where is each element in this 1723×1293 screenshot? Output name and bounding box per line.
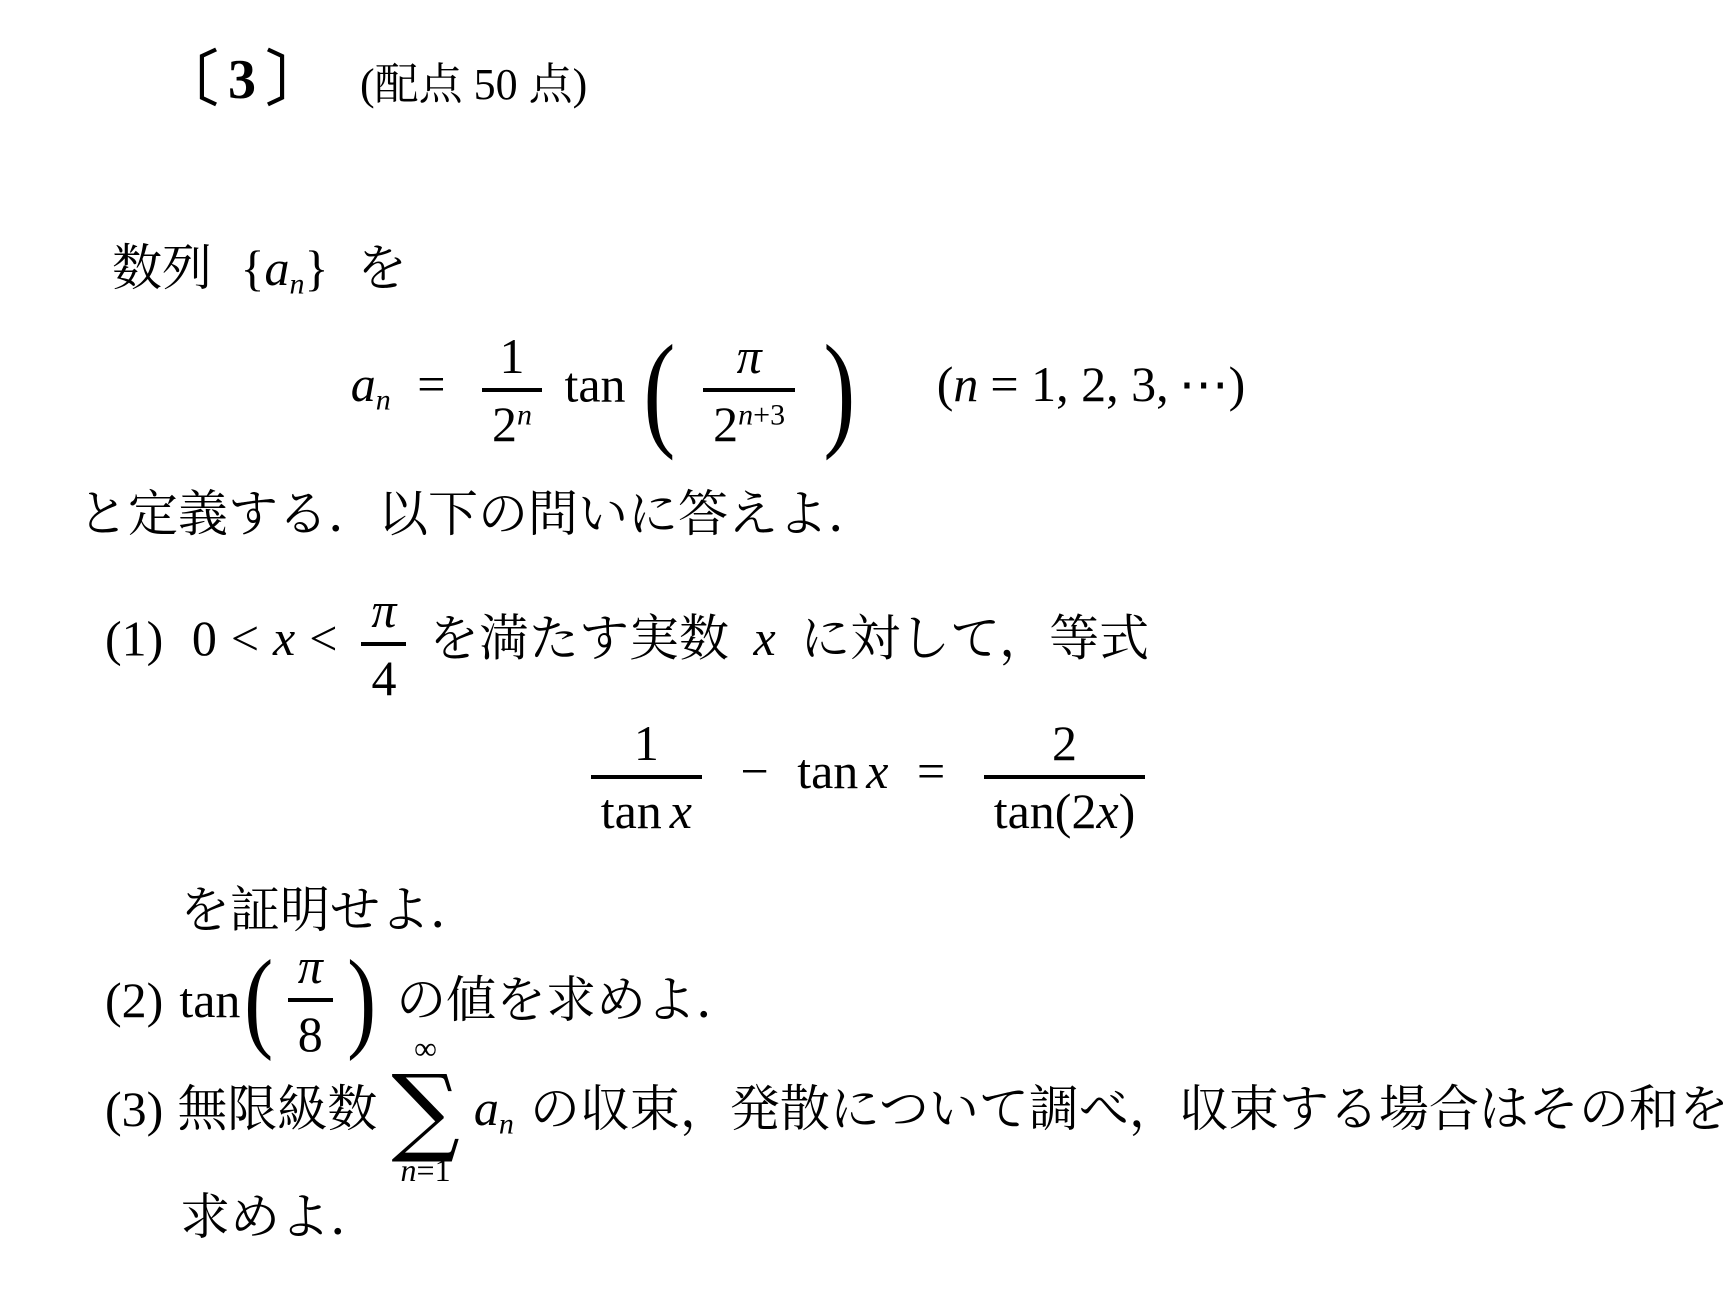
sum-index-start: =1 — [417, 1152, 451, 1188]
mid-var-x: x — [866, 743, 888, 799]
argument-denominator: 2n+3 — [703, 396, 795, 452]
den-base: 2 — [492, 396, 517, 452]
def-lhs: an — [351, 356, 391, 412]
fraction-bar — [984, 775, 1146, 779]
def-lhs-subscript: n — [376, 384, 391, 417]
cond-paren-close: ) — [1229, 356, 1246, 412]
points-note: (配点 50 点) — [360, 48, 587, 112]
sigma-symbol: ∑ — [391, 1066, 460, 1154]
q1-label: (1) — [105, 610, 163, 666]
question-3: (3) 無限級数 ∞ ∑ n=1 an の収束，発散について調べ，収束する場合は… — [105, 1032, 1723, 1188]
bound-fraction: π4 — [361, 582, 406, 706]
summation-operator: ∞ ∑ n=1 — [391, 1032, 460, 1188]
header-bracket-open: 〔 — [158, 50, 218, 110]
intro-text-pre: 数列 — [112, 240, 212, 296]
fraction-bar — [482, 388, 542, 392]
intro-text-post: を — [357, 240, 407, 296]
den-var-x: x — [1096, 783, 1118, 839]
equals-sign: = — [917, 743, 945, 799]
identity-left-fraction: 1 tanx — [591, 715, 702, 839]
fraction-bar — [703, 388, 795, 392]
den-exponent: n+3 — [738, 399, 785, 432]
coefficient-denominator: 2n — [482, 396, 542, 452]
left-numerator: 1 — [624, 715, 669, 771]
minus-sign: − — [741, 743, 769, 799]
brace-close: } — [305, 240, 329, 296]
identity-middle-term: tanx — [797, 743, 888, 799]
series-term: an — [474, 1076, 514, 1143]
header-bracket-close: 〕 — [266, 50, 326, 110]
brace-open: { — [241, 240, 265, 296]
identity-right-fraction: 2 tan(2x) — [984, 715, 1146, 839]
problem-header: 〔 3 〕 (配点 50 点) — [158, 48, 587, 112]
tan-function: tan — [797, 743, 858, 799]
question-1-outro: を証明せよ． — [180, 878, 480, 943]
den-var-x: x — [670, 783, 692, 839]
right-numerator: 2 — [1042, 715, 1087, 771]
def-lhs-var: a — [351, 356, 376, 412]
q3-text-pre: 無限級数 — [177, 1077, 377, 1142]
q1-var-x: x — [273, 610, 295, 666]
sequence-var: a — [265, 240, 290, 296]
bound-denominator: 4 — [361, 650, 406, 706]
right-denominator: tan(2x) — [984, 783, 1146, 839]
cond-paren-open: ( — [937, 356, 954, 412]
identity-equation: 1 tanx − tanx = 2 tan(2x) — [78, 715, 1658, 839]
left-denominator: tanx — [591, 783, 702, 839]
argument-fraction: π 2n+3 — [703, 328, 795, 452]
exp-var: n — [738, 399, 753, 432]
definition-equation: an = 1 2n tan ( π 2n+3 ) (n= 1, 2, 3,⋯) — [78, 328, 1518, 452]
q1-inequality: 0<x<π4 — [192, 610, 417, 666]
q2-text-tail: の値を求めよ． — [396, 968, 746, 1033]
define-line: と定義する．以下の問いに答えよ． — [78, 482, 878, 547]
problem-number: 3 — [228, 52, 256, 108]
tan-2x-pre: tan(2 — [994, 783, 1097, 839]
q2-numerator-pi: π — [288, 938, 333, 994]
fraction-bar — [591, 775, 702, 779]
question-3-outro: 求めよ． — [180, 1185, 380, 1250]
sum-index-var: n — [401, 1152, 417, 1188]
q1-var-x2: x — [753, 610, 775, 666]
coefficient-fraction: 1 2n — [482, 328, 542, 452]
bound-numerator-pi: π — [361, 582, 406, 638]
tan-function: tan — [564, 356, 625, 412]
equals-sign: = — [417, 356, 445, 412]
index-condition: (n= 1, 2, 3,⋯) — [937, 356, 1246, 412]
term-var: a — [474, 1080, 499, 1136]
q1-text-tail: に対して，等式 — [800, 610, 1149, 666]
q1-zero: 0 — [192, 610, 217, 666]
q2-label: (2) — [105, 968, 163, 1033]
cond-var: n — [953, 356, 978, 412]
tan-function: tan — [601, 783, 662, 839]
sum-lower-limit: n=1 — [401, 1154, 451, 1188]
question-1: (1) 0<x<π4 を満たす実数 x に対して，等式 — [105, 582, 1149, 706]
fraction-bar — [288, 998, 333, 1002]
sequence-notation: {an} — [241, 240, 329, 296]
q3-text-tail: の収束，発散について調べ，収束する場合はその和を — [530, 1077, 1723, 1142]
coefficient-numerator: 1 — [489, 328, 534, 384]
exam-page: 〔 3 〕 (配点 50 点) 数列 {an} を an = 1 2n tan … — [0, 0, 1723, 1293]
less-than-sign: < — [231, 610, 259, 666]
term-subscript: n — [499, 1107, 514, 1140]
den-exponent: n — [517, 399, 532, 432]
fraction-bar — [361, 642, 406, 646]
cond-dots: ⋯ — [1179, 356, 1229, 412]
argument-numerator-pi: π — [727, 328, 772, 384]
den-base: 2 — [713, 396, 738, 452]
sequence-subscript: n — [290, 267, 305, 300]
tan-2x-post: ) — [1119, 783, 1136, 839]
q3-label: (3) — [105, 1077, 163, 1142]
intro-line: 数列 {an} を — [112, 236, 407, 303]
less-than-sign: < — [309, 610, 337, 666]
cond-values: = 1, 2, 3, — [990, 356, 1168, 412]
exp-rest: +3 — [753, 399, 785, 432]
q1-text-mid: を満たす実数 — [429, 610, 729, 666]
tan-function: tan — [179, 968, 240, 1033]
